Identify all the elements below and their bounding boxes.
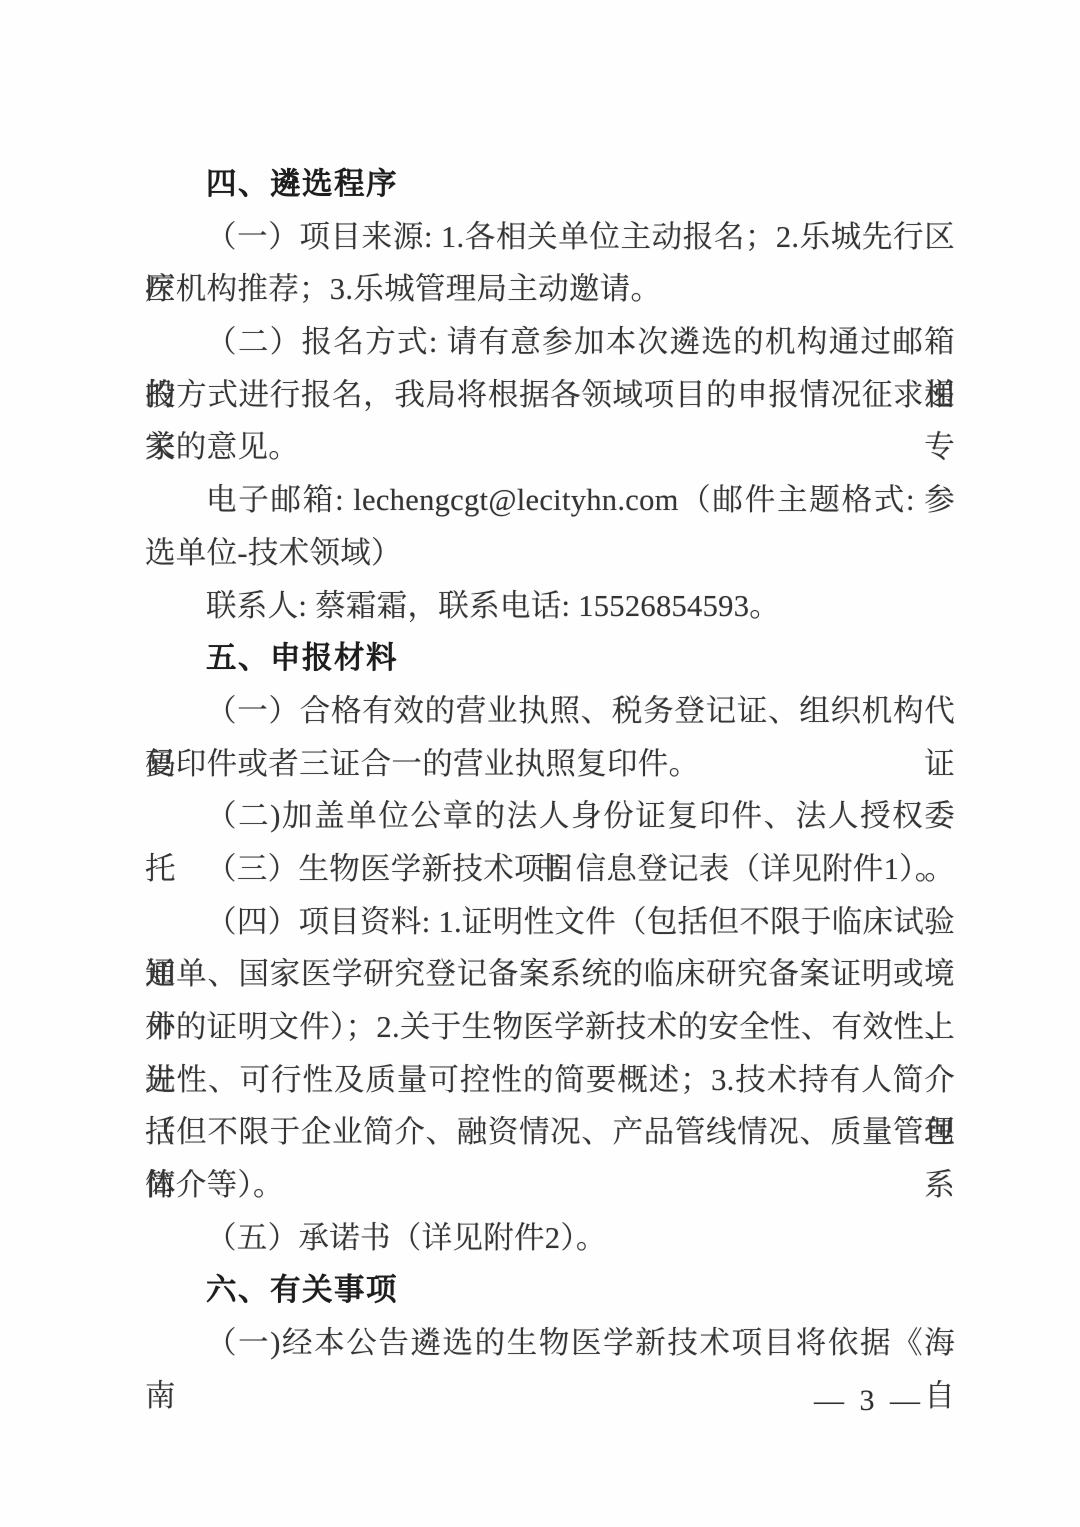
- doc-line: （五）承诺书（详见附件2）。: [145, 1212, 955, 1265]
- heading-application-materials: 五、申报材料: [145, 632, 955, 685]
- doc-line: 市的证明文件）；2.关于生物医学新技术的安全性、有效性、先: [145, 1001, 955, 1054]
- doc-line: 疗机构推荐；3.乐城管理局主动邀请。: [145, 263, 955, 316]
- doc-line: （一）项目来源: 1.各相关单位主动报名；2.乐城先行区医: [145, 211, 955, 264]
- document-page: 四、遴选程序 （一）项目来源: 1.各相关单位主动报名；2.乐城先行区医 疗机构…: [0, 0, 1080, 1527]
- heading-selection-procedure: 四、遴选程序: [145, 158, 955, 211]
- doc-line-contact: 联系人: 蔡霜霜，联系电话: 15526854593。: [145, 580, 955, 633]
- doc-line: 知单、国家医学研究登记备案系统的临床研究备案证明或境外上: [145, 948, 955, 1001]
- doc-line: 进性、可行性及质量可控性的简要概述；3.技术持有人简介（包: [145, 1054, 955, 1107]
- doc-line: （一）合格有效的营业执照、税务登记证、组织机构代码证: [145, 685, 955, 738]
- doc-line: （一)经本公告遴选的生物医学新技术项目将依据《海南自: [145, 1317, 955, 1370]
- doc-line: 的方式进行报名，我局将根据各领域项目的申报情况征求相关专: [145, 369, 955, 422]
- doc-line: （三）生物医学新技术项目信息登记表（详见附件1）。: [145, 843, 955, 896]
- doc-line: 括但不限于企业简介、融资情况、产品管线情况、质量管理体系: [145, 1106, 955, 1159]
- page-number: — 3 —: [814, 1383, 924, 1419]
- doc-line: 选单位-技术领域）: [145, 527, 955, 580]
- doc-line-email: 电子邮箱: lechengcgt@lecityhn.com（邮件主题格式: 参: [145, 474, 955, 527]
- doc-line: （二）报名方式: 请有意参加本次遴选的机构通过邮箱投递: [145, 316, 955, 369]
- document-body: 四、遴选程序 （一）项目来源: 1.各相关单位主动报名；2.乐城先行区医 疗机构…: [145, 158, 955, 1370]
- doc-line: （二)加盖单位公章的法人身份证复印件、法人授权委托书。: [145, 790, 955, 843]
- doc-line: （四）项目资料: 1.证明性文件（包括但不限于临床试验通: [145, 896, 955, 949]
- heading-related-matters: 六、有关事项: [145, 1264, 955, 1317]
